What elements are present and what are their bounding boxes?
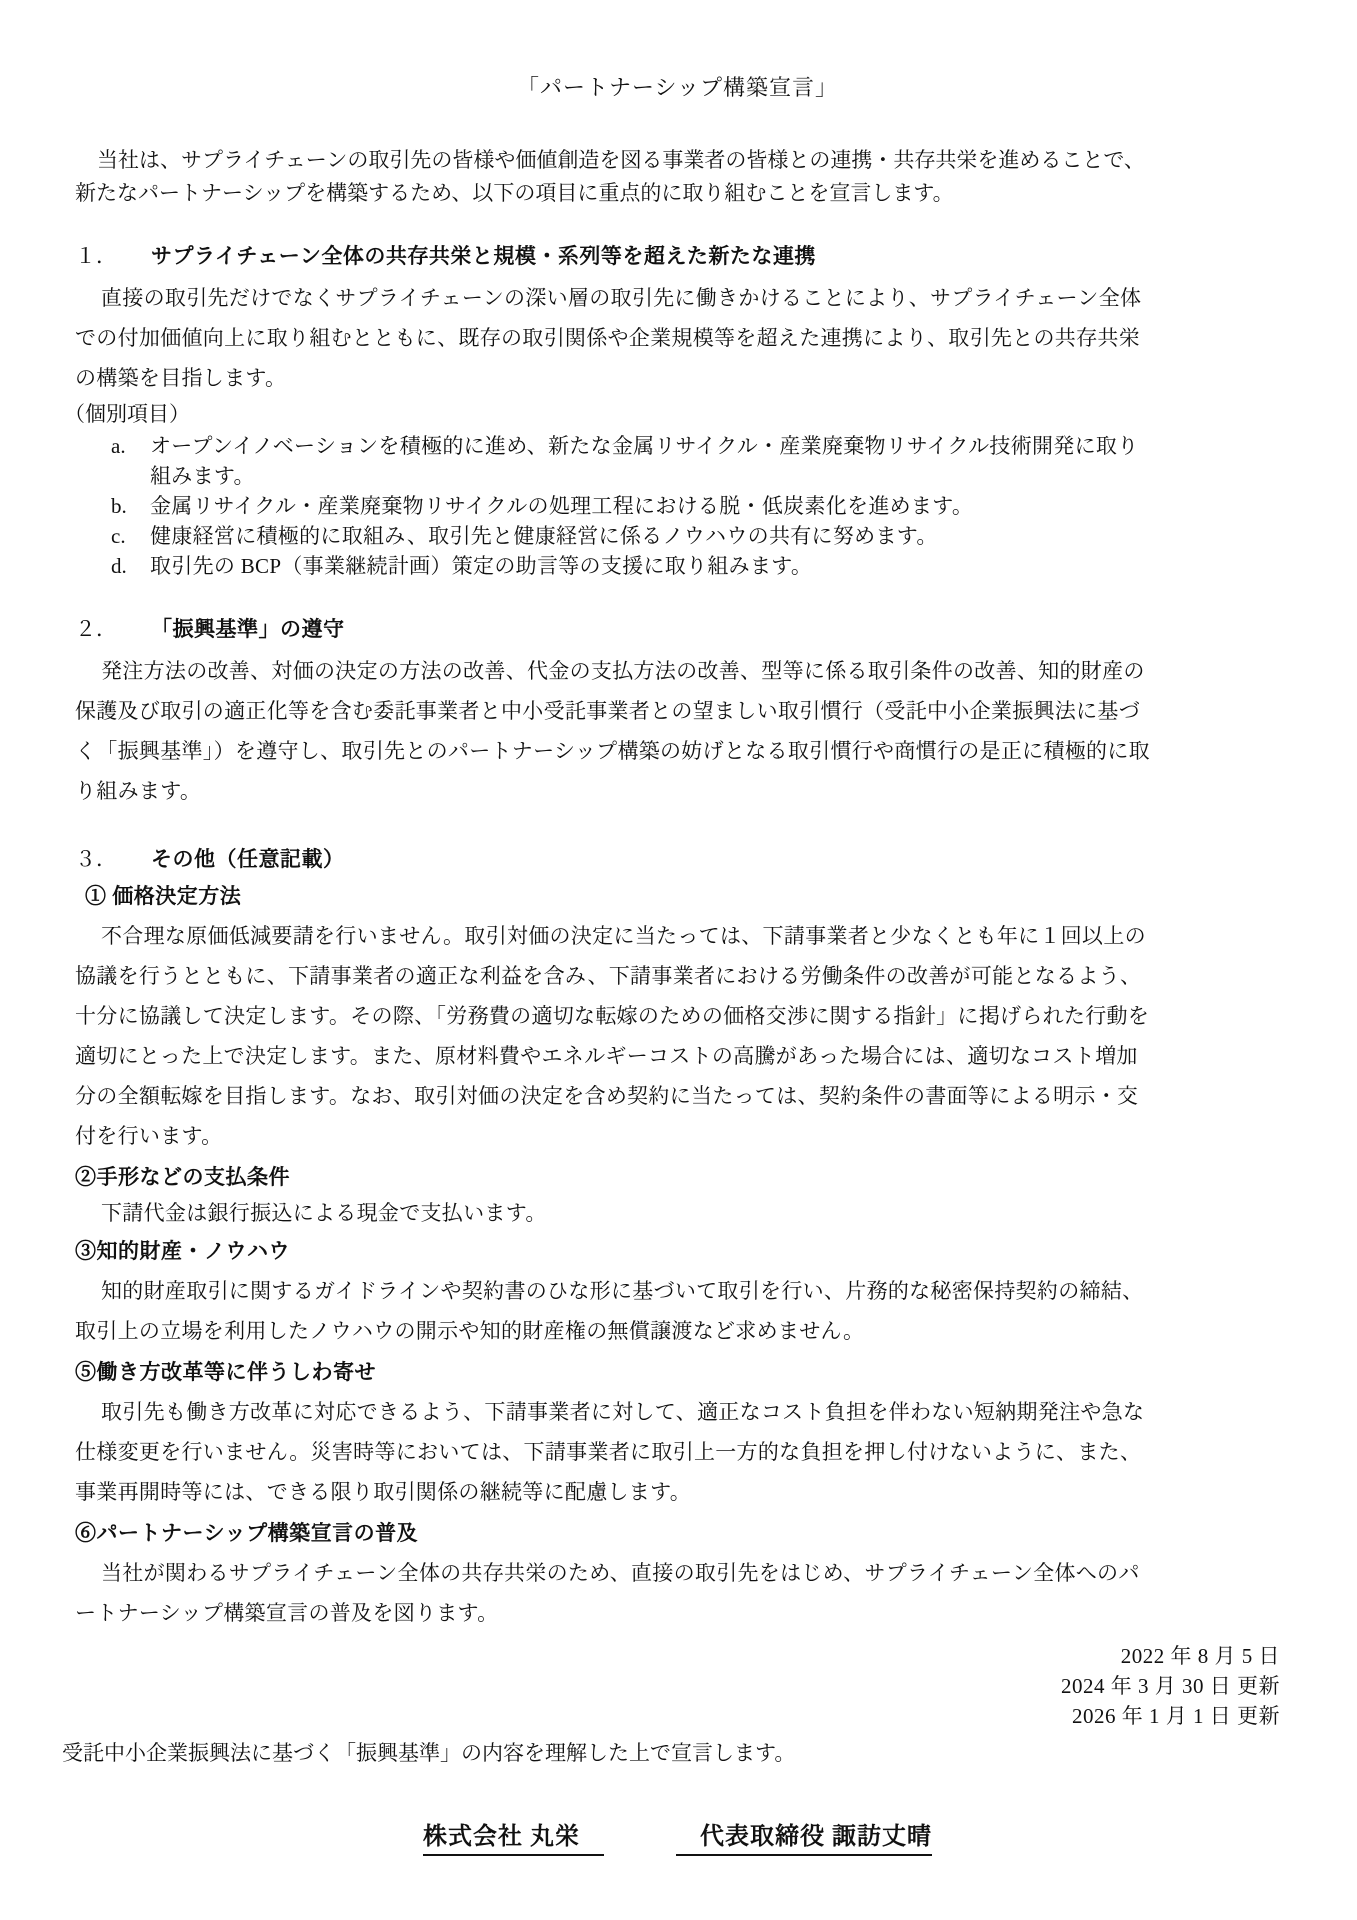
text-line: ートナーシップ構築宣言の普及を図ります。 xyxy=(75,1593,1280,1633)
section-number: ３． xyxy=(75,845,151,873)
signature-company: 株式会社 丸栄 xyxy=(423,1816,604,1856)
text-line: 健康経営に積極的に取組み、取引先と健康経営に係るノウハウの共有に努めます。 xyxy=(150,521,1280,551)
list-marker: b. xyxy=(111,491,150,521)
text-line: 分の全額転嫁を目指します。なお、取引対価の決定を含め契約に当たっては、契約条件の… xyxy=(75,1076,1280,1116)
text-line: 直接の取引先だけでなくサプライチェーンの深い層の取引先に働きかけることにより、サ… xyxy=(75,278,1280,318)
section-2: ２． 「振興基準」の遵守 発注方法の改善、対価の決定の方法の改善、代金の支払方法… xyxy=(75,615,1280,811)
text-line: 新たなパートナーシップを構築するため、以下の項目に重点的に取り組むことを宣言しま… xyxy=(75,177,1280,210)
subsection-5-work-style-reform: ⑤働き方改革等に伴うしわ寄せ 取引先も働き方改革に対応できるよう、下請事業者に対… xyxy=(75,1357,1280,1512)
list-item-text: 金属リサイクル・産業廃棄物リサイクルの処理工程における脱・低炭素化を進めます。 xyxy=(150,491,1280,521)
subsection-paragraph: 取引先も働き方改革に対応できるよう、下請事業者に対して、適正なコスト負担を伴わな… xyxy=(75,1392,1280,1512)
section-heading-text: 「振興基準」の遵守 xyxy=(151,615,345,643)
intro-paragraph: 当社は、サプライチェーンの取引先の皆様や価値創造を図る事業者の皆様との連携・共存… xyxy=(75,144,1280,210)
subsection-paragraph: 下請代金は銀行振込による現金で支払います。 xyxy=(75,1197,1280,1230)
section-heading-text: サプライチェーン全体の共存共栄と規模・系列等を超えた新たな連携 xyxy=(151,242,816,270)
section-1-paragraph: 直接の取引先だけでなくサプライチェーンの深い層の取引先に働きかけることにより、サ… xyxy=(75,278,1280,398)
update-date-2: 2026 年 1 月 1 日 更新 xyxy=(75,1701,1280,1731)
signature-representative: 代表取締役 諏訪丈晴 xyxy=(676,1816,932,1856)
subsection-paragraph: 不合理な原価低減要請を行いません。取引対価の決定に当たっては、下請事業者と少なく… xyxy=(75,916,1280,1156)
list-item-text: 健康経営に積極的に取組み、取引先と健康経営に係るノウハウの共有に努めます。 xyxy=(150,521,1280,551)
text-line: り組みます。 xyxy=(75,771,1280,811)
text-line: 取引先も働き方改革に対応できるよう、下請事業者に対して、適正なコスト負担を伴わな… xyxy=(75,1392,1280,1432)
subsection-heading: ① 価格決定方法 xyxy=(85,881,1280,911)
text-line: 取引先の BCP（事業継続計画）策定の助言等の支援に取り組みます。 xyxy=(150,551,1280,581)
document-title: 「パートナーシップ構築宣言」 xyxy=(75,74,1280,102)
section-number: １． xyxy=(75,242,151,270)
section-heading-text: その他（任意記載） xyxy=(151,845,345,873)
subsection-paragraph: 知的財産取引に関するガイドラインや契約書のひな形に基づいて取引を行い、片務的な秘… xyxy=(75,1271,1280,1351)
signature-block: 株式会社 丸栄代表取締役 諏訪丈晴 xyxy=(75,1816,1280,1856)
text-line: 発注方法の改善、対価の決定の方法の改善、代金の支払方法の改善、型等に係る取引条件… xyxy=(75,651,1280,691)
item-list: a. オープンイノベーションを積極的に進め、新たな金属リサイクル・産業廃棄物リサ… xyxy=(111,431,1280,581)
subsection-6-declaration-spread: ⑥パートナーシップ構築宣言の普及 当社が関わるサプライチェーン全体の共存共栄のた… xyxy=(75,1518,1280,1633)
text-line: 適切にとった上で決定します。また、原材料費やエネルギーコストの高騰があった場合に… xyxy=(75,1036,1280,1076)
list-marker: c. xyxy=(111,521,150,551)
text-line: 下請代金は銀行振込による現金で支払います。 xyxy=(75,1197,1280,1230)
subsection-heading: ②手形などの支払条件 xyxy=(75,1162,1280,1192)
section-2-heading: ２． 「振興基準」の遵守 xyxy=(75,615,1280,643)
subsection-2-payment-terms: ②手形などの支払条件 下請代金は銀行振込による現金で支払います。 xyxy=(75,1162,1280,1230)
section-number: ２． xyxy=(75,615,151,643)
update-date-1: 2024 年 3 月 30 日 更新 xyxy=(75,1671,1280,1701)
text-line: 取引上の立場を利用したノウハウの開示や知的財産権の無償譲渡など求めません。 xyxy=(75,1311,1280,1351)
text-line: 不合理な原価低減要請を行いません。取引対価の決定に当たっては、下請事業者と少なく… xyxy=(75,916,1280,956)
section-1-heading: １． サプライチェーン全体の共存共栄と規模・系列等を超えた新たな連携 xyxy=(75,242,1280,270)
text-line: 保護及び取引の適正化等を含む委託事業者と中小受託事業者との望ましい取引慣行（受託… xyxy=(75,691,1280,731)
text-line: 知的財産取引に関するガイドラインや契約書のひな形に基づいて取引を行い、片務的な秘… xyxy=(75,1271,1280,1311)
text-line: 当社は、サプライチェーンの取引先の皆様や価値創造を図る事業者の皆様との連携・共存… xyxy=(75,144,1280,177)
section-2-paragraph: 発注方法の改善、対価の決定の方法の改善、代金の支払方法の改善、型等に係る取引条件… xyxy=(75,651,1280,811)
text-line: 金属リサイクル・産業廃棄物リサイクルの処理工程における脱・低炭素化を進めます。 xyxy=(150,491,1280,521)
individual-items-label: （個別項目） xyxy=(64,398,1280,431)
text-line: 十分に協議して決定します。その際、「労務費の適切な転嫁のための価格交渉に関する指… xyxy=(75,996,1280,1036)
list-marker: d. xyxy=(111,551,150,581)
list-item-b: b. 金属リサイクル・産業廃棄物リサイクルの処理工程における脱・低炭素化を進めま… xyxy=(111,491,1280,521)
disclaimer-line: 受託中小企業振興法に基づく「振興基準」の内容を理解した上で宣言します。 xyxy=(62,1737,1280,1770)
text-line: 当社が関わるサプライチェーン全体の共存共栄のため、直接の取引先をはじめ、サプライ… xyxy=(75,1553,1280,1593)
subsection-3-intellectual-property: ③知的財産・ノウハウ 知的財産取引に関するガイドラインや契約書のひな形に基づいて… xyxy=(75,1236,1280,1351)
section-3: ３． その他（任意記載） ① 価格決定方法 不合理な原価低減要請を行いません。取… xyxy=(75,845,1280,1633)
list-marker: a. xyxy=(111,431,150,491)
subsection-1-pricing: ① 価格決定方法 不合理な原価低減要請を行いません。取引対価の決定に当たっては、… xyxy=(75,881,1280,1156)
subsection-paragraph: 当社が関わるサプライチェーン全体の共存共栄のため、直接の取引先をはじめ、サプライ… xyxy=(75,1553,1280,1633)
text-line: の構築を目指します。 xyxy=(75,358,1280,398)
subsection-heading: ⑤働き方改革等に伴うしわ寄せ xyxy=(75,1357,1280,1387)
text-line: での付加価値向上に取り組むとともに、既存の取引関係や企業規模等を超えた連携により… xyxy=(75,318,1280,358)
subsection-heading: ⑥パートナーシップ構築宣言の普及 xyxy=(75,1518,1280,1548)
list-item-text: オープンイノベーションを積極的に進め、新たな金属リサイクル・産業廃棄物リサイクル… xyxy=(150,431,1280,491)
text-line: 事業再開時等には、できる限り取引関係の継続等に配慮します。 xyxy=(75,1472,1280,1512)
list-item-d: d. 取引先の BCP（事業継続計画）策定の助言等の支援に取り組みます。 xyxy=(111,551,1280,581)
declaration-date: 2022 年 8 月 5 日 xyxy=(75,1641,1280,1671)
subsection-heading: ③知的財産・ノウハウ xyxy=(75,1236,1280,1266)
list-item-a: a. オープンイノベーションを積極的に進め、新たな金属リサイクル・産業廃棄物リサ… xyxy=(111,431,1280,491)
text-line: 組みます。 xyxy=(150,461,1280,491)
text-line: く「振興基準」）を遵守し、取引先とのパートナーシップ構築の妨げとなる取引慣行や商… xyxy=(75,731,1280,771)
text-line: 協議を行うとともに、下請事業者の適正な利益を含み、下請事業者における労働条件の改… xyxy=(75,956,1280,996)
text-line: 付を行います。 xyxy=(75,1116,1280,1156)
section-1: １． サプライチェーン全体の共存共栄と規模・系列等を超えた新たな連携 直接の取引… xyxy=(75,242,1280,581)
document-page: 「パートナーシップ構築宣言」 当社は、サプライチェーンの取引先の皆様や価値創造を… xyxy=(0,0,1357,1920)
list-item-c: c. 健康経営に積極的に取組み、取引先と健康経営に係るノウハウの共有に努めます。 xyxy=(111,521,1280,551)
date-block: 2022 年 8 月 5 日 2024 年 3 月 30 日 更新 2026 年… xyxy=(75,1641,1280,1731)
text-line: 仕様変更を行いません。災害時等においては、下請事業者に取引上一方的な負担を押し付… xyxy=(75,1432,1280,1472)
text-line: オープンイノベーションを積極的に進め、新たな金属リサイクル・産業廃棄物リサイクル… xyxy=(150,431,1280,461)
list-item-text: 取引先の BCP（事業継続計画）策定の助言等の支援に取り組みます。 xyxy=(150,551,1280,581)
section-3-heading: ３． その他（任意記載） xyxy=(75,845,1280,873)
